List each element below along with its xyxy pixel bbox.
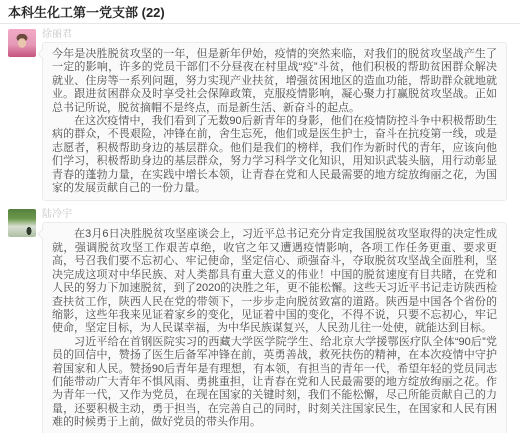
user-avatar[interactable] [8, 29, 36, 57]
chat-header: 本科生化工第一党支部 (22) [0, 0, 520, 24]
message: 徐丽君 今年是决胜脱贫攻坚的一年，但是新年伊始，疫情的突然来临，对我们的脱贫攻坚… [8, 28, 507, 201]
message-paragraph: 在这次疫情中，我们看到了无数90后新青年的身影，他们在疫情防控斗争中积极帮助生病… [52, 115, 497, 195]
message-bubble: 今年是决胜脱贫攻坚的一年，但是新年伊始，疫情的突然来临，对我们的脱贫攻坚战产生了… [42, 42, 507, 201]
message: 陆冷宇 在3月6日决胜脱贫攻坚座谈会上，习近平总书记充分肯定我国脱贫攻坚取得的决… [8, 208, 507, 433]
chat-window: 本科生化工第一党支部 (22) 徐丽君 今年是决胜脱贫攻坚的一年，但是新年伊始，… [0, 0, 520, 433]
message-list: 徐丽君 今年是决胜脱贫攻坚的一年，但是新年伊始，疫情的突然来临，对我们的脱贫攻坚… [0, 28, 520, 433]
user-avatar[interactable] [8, 209, 36, 237]
message-paragraph: 在3月6日决胜脱贫攻坚座谈会上，习近平总书记充分肯定我国脱贫攻坚取得的决定性成就… [52, 228, 497, 335]
message-bubble: 在3月6日决胜脱贫攻坚座谈会上，习近平总书记充分肯定我国脱贫攻坚取得的决定性成就… [42, 222, 507, 433]
message-paragraph: 习近平给在首钢医院实习的西藏大学医学院学生、给北京大学援鄂医疗队全体“90后”党… [52, 336, 497, 430]
message-paragraph: 今年是决胜脱贫攻坚的一年，但是新年伊始，疫情的突然来临，对我们的脱贫攻坚战产生了… [52, 48, 497, 115]
author-name: 陆冷宇 [42, 208, 507, 221]
message-body: 徐丽君 今年是决胜脱贫攻坚的一年，但是新年伊始，疫情的突然来临，对我们的脱贫攻坚… [42, 28, 507, 201]
author-name: 徐丽君 [42, 28, 507, 41]
message-body: 陆冷宇 在3月6日决胜脱贫攻坚座谈会上，习近平总书记充分肯定我国脱贫攻坚取得的决… [42, 208, 507, 433]
group-title: 本科生化工第一党支部 (22) [8, 5, 512, 20]
